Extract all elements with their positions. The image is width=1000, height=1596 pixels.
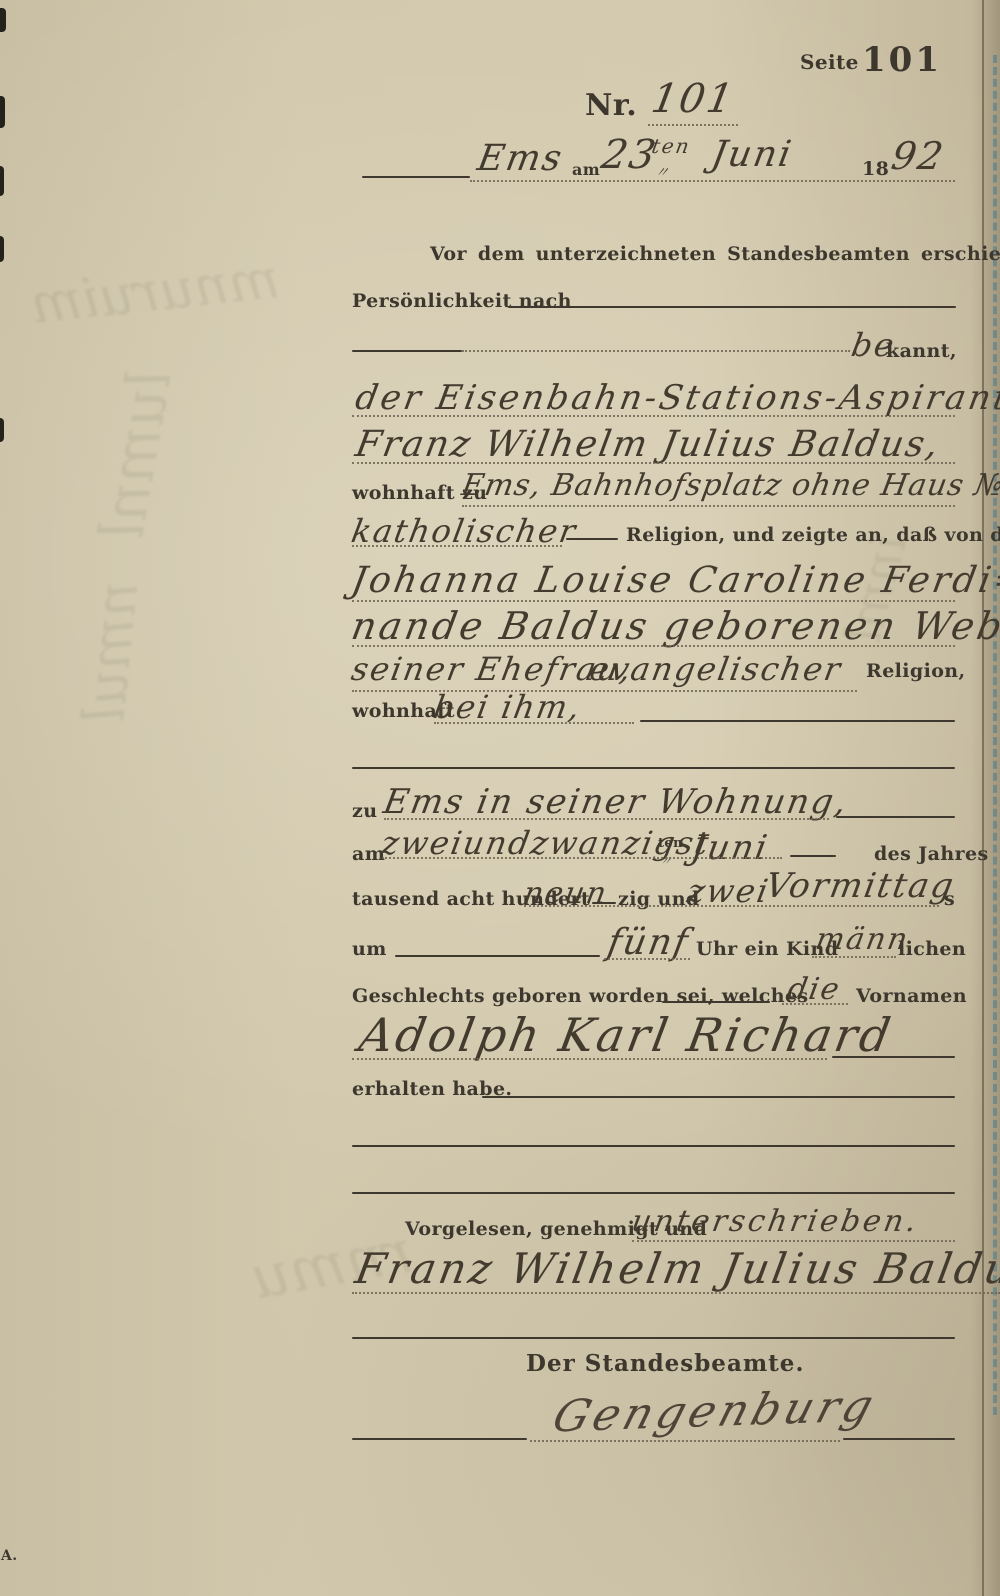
fill-line xyxy=(524,905,939,907)
binding-mark xyxy=(0,418,4,442)
mother-religion-printed: Religion, xyxy=(866,660,966,682)
mother-name-line1: Johanna Louise Caroline Ferdi= xyxy=(348,560,1000,601)
fill-line xyxy=(632,1240,955,1242)
fill-line xyxy=(352,645,955,647)
fill-line xyxy=(352,545,562,547)
form-series-mark: A. xyxy=(1,1548,18,1564)
fill-line xyxy=(648,124,738,126)
fill-line xyxy=(566,538,618,540)
scanned-birth-record-page: mnuruim lumnl nmul rnmu inml Seite 101 N… xyxy=(0,0,1000,1596)
fill-line xyxy=(812,956,896,958)
binding-mark xyxy=(0,96,5,128)
fill-line xyxy=(352,690,857,692)
fill-line xyxy=(604,958,690,960)
fill-line xyxy=(662,1001,770,1003)
fill-line xyxy=(352,767,955,769)
ditto-mark: 〃 xyxy=(659,852,676,869)
binding-mark xyxy=(0,236,4,262)
daytime-hw: Vormittag xyxy=(762,866,958,906)
page-header-seite-label: Seite xyxy=(800,50,859,74)
record-nr-label: Nr. xyxy=(585,88,637,123)
fill-line xyxy=(384,818,829,820)
fill-line xyxy=(352,1337,955,1339)
fill-line xyxy=(462,505,955,507)
fill-line xyxy=(362,176,470,178)
fill-line xyxy=(832,1056,955,1058)
fill-line xyxy=(836,816,955,818)
sexline-printed: Geschlechts geboren worden sei, welches xyxy=(352,985,809,1007)
birthdate-jahres: des Jahres xyxy=(874,843,989,865)
birthplace-value: Ems in seiner Wohnung, xyxy=(380,782,851,822)
declarant-occupation: der Eisenbahn-Stations-Aspirant xyxy=(352,378,1000,418)
fill-line xyxy=(843,1438,955,1440)
fill-line xyxy=(352,1292,1000,1294)
binding-mark xyxy=(0,8,6,32)
fill-line xyxy=(508,306,956,308)
dateline-month: Juni xyxy=(708,134,796,175)
die-hw: die xyxy=(785,972,844,1007)
dateline-am-label: am xyxy=(572,160,600,179)
fill-line xyxy=(482,1096,955,1098)
declarant-signature: Franz Wilhelm Julius Baldus xyxy=(352,1244,1000,1293)
form-intro-line2: Persönlichkeit nach xyxy=(352,290,572,312)
fill-line xyxy=(782,1003,848,1005)
residence2-value: bei ihm, xyxy=(431,688,585,726)
official-title: Der Standesbeamte. xyxy=(526,1350,804,1377)
fill-line xyxy=(352,1058,827,1060)
residence-value: Ems, Bahnhofsplatz ohne Haus №, xyxy=(459,468,1000,503)
religion-printed-text: Religion, und zeigte an, daß von der xyxy=(626,524,1000,546)
sex-printed: lichen xyxy=(898,938,966,960)
fill-line xyxy=(352,1438,527,1440)
fill-line xyxy=(352,600,955,602)
time-value: fünf xyxy=(604,922,692,963)
mother-name-line2: nande Baldus geborenen Weber xyxy=(348,604,1000,648)
fill-line xyxy=(352,462,955,464)
form-intro-line1: Vor dem unterzeichneten Standesbeamten e… xyxy=(430,243,1000,265)
birthdate-day-suffix: ten xyxy=(658,836,683,851)
binding-mark xyxy=(0,166,4,196)
fill-line xyxy=(462,350,850,352)
dateline-day-suffix: ten xyxy=(650,134,693,158)
daytime-s-printed: s xyxy=(944,888,955,910)
fill-line xyxy=(640,720,955,722)
dateline-century: 18 xyxy=(862,158,889,180)
declarant-name: Franz Wilhelm Julius Baldus, xyxy=(352,424,943,465)
birthdate-month: Juni xyxy=(688,828,771,868)
fill-line xyxy=(434,722,634,724)
closing-hw: unterschrieben. xyxy=(629,1204,922,1239)
fill-line xyxy=(530,1440,840,1442)
vornamen-printed: Vornamen xyxy=(856,985,967,1007)
ditto-mark: 〃 xyxy=(653,162,673,182)
known-printed: kannt, xyxy=(886,340,957,362)
page-number: 101 xyxy=(862,40,942,80)
fill-line xyxy=(352,1192,955,1194)
fill-line xyxy=(382,857,782,859)
fill-line xyxy=(790,855,836,857)
dateline-year: 92 xyxy=(888,134,948,178)
record-nr-value: 101 xyxy=(648,76,738,122)
birthplace-label: zu xyxy=(352,800,377,822)
time-um-label: um xyxy=(352,938,387,960)
mother-religion: evangelischer xyxy=(587,650,845,688)
fill-line xyxy=(592,902,616,904)
fill-line xyxy=(352,415,955,417)
fill-line xyxy=(395,955,600,957)
fill-line xyxy=(470,180,955,182)
fill-line xyxy=(352,350,462,352)
dateline-place: Ems xyxy=(474,138,566,179)
page-edge-strip xyxy=(982,0,1000,1596)
official-signature: Gengenburg xyxy=(547,1380,883,1442)
child-names: Adolph Karl Richard xyxy=(355,1008,897,1062)
fill-line xyxy=(352,1145,955,1147)
